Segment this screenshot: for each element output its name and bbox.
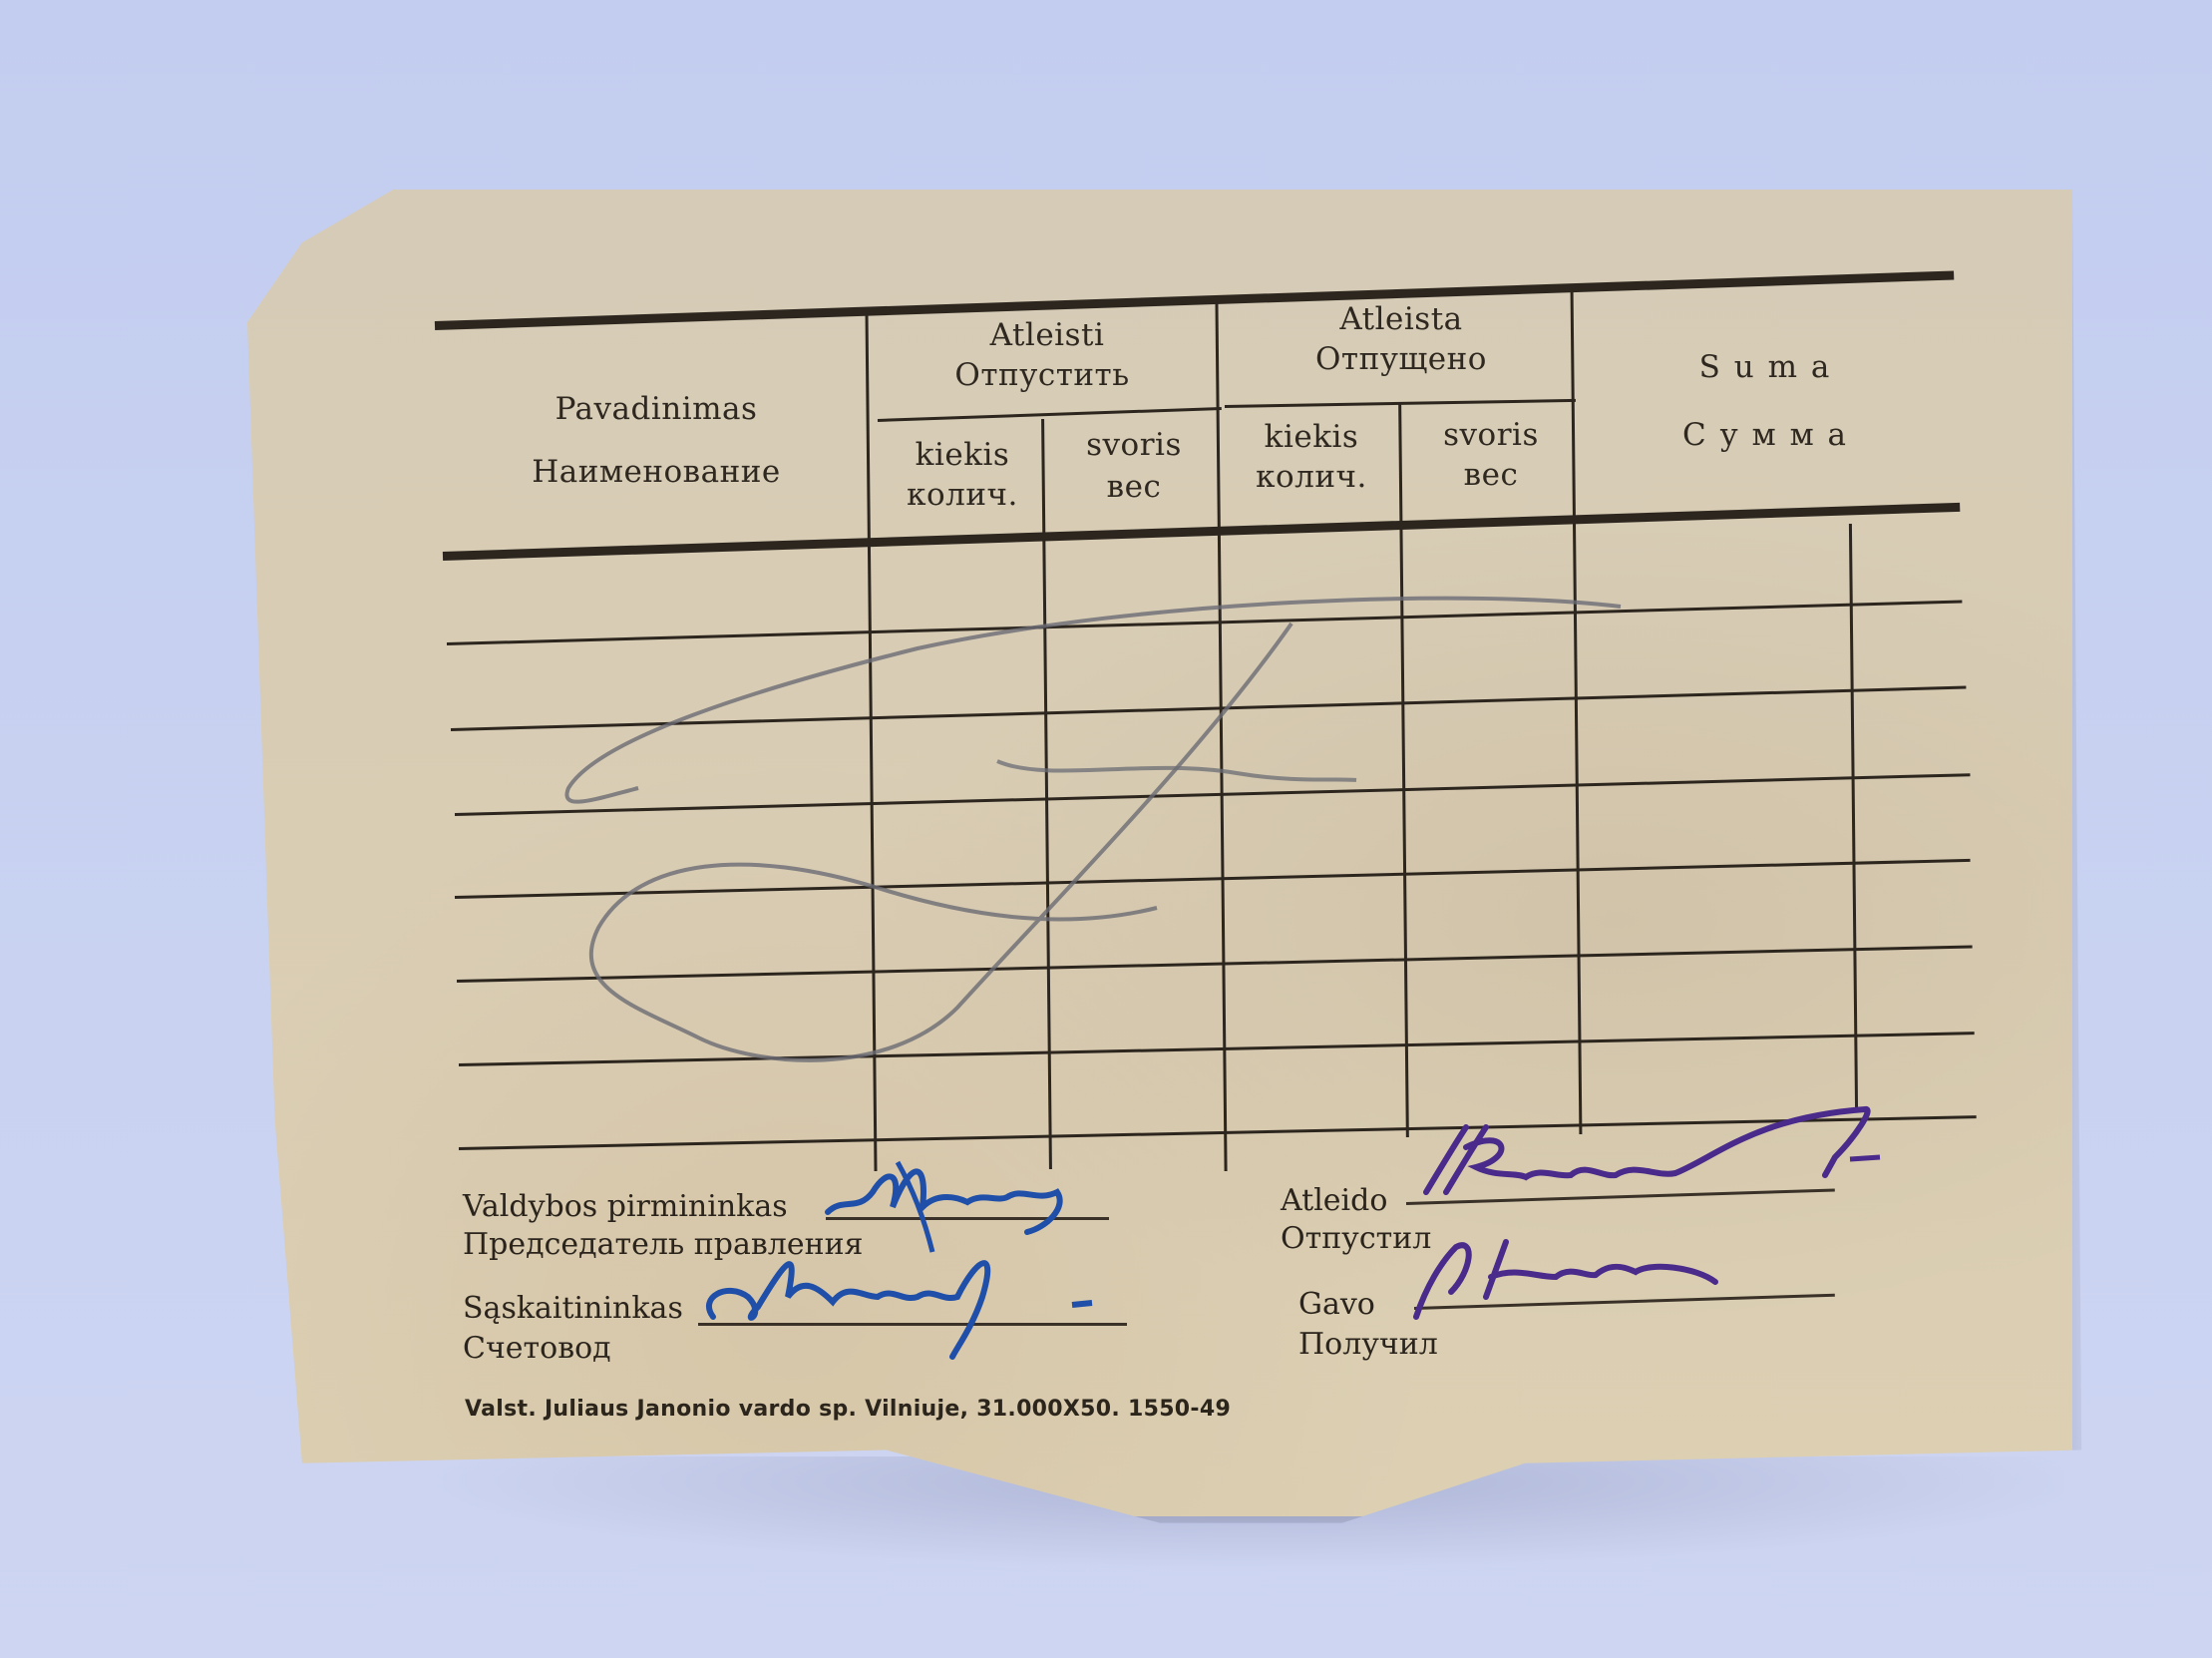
printer-imprint: Valst. Juliaus Janonio vardo sp. Vilniuj…	[465, 1397, 1231, 1422]
